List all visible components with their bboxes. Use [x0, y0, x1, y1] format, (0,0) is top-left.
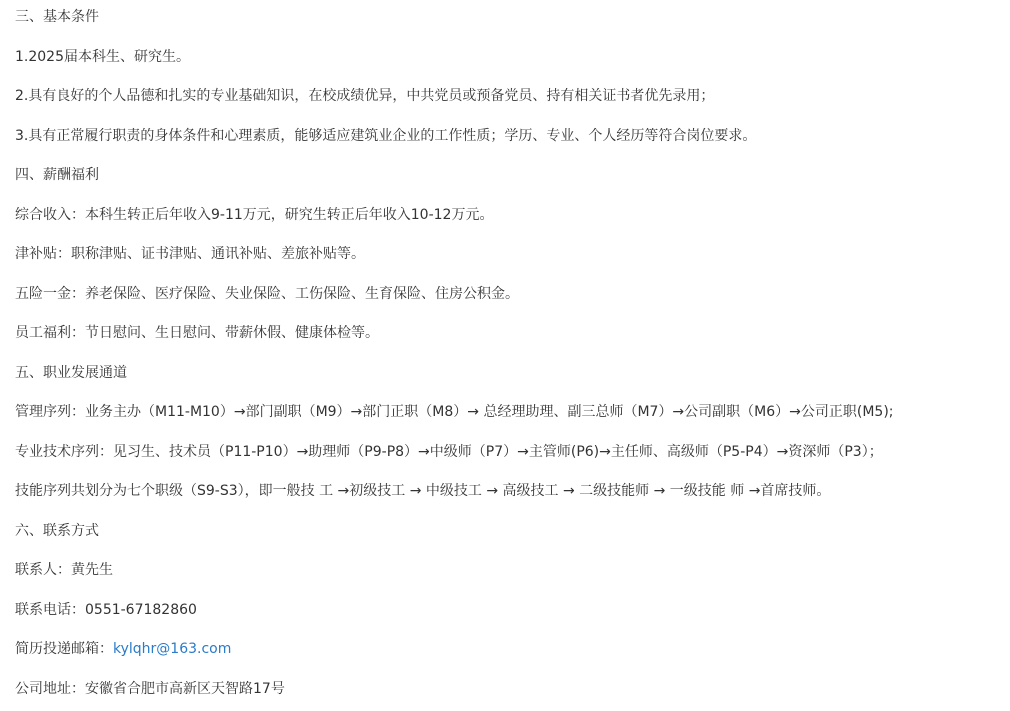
contact-person-value: 黄先生 — [71, 562, 113, 578]
contact-email-label: 简历投递邮箱： — [15, 641, 113, 657]
contact-address: 公司地址：安徽省合肥市高新区天智路17号 — [15, 678, 1010, 711]
contact-address-value: 安徽省合肥市高新区天智路17号 — [85, 681, 285, 697]
salary-income: 综合收入：本科生转正后年收入9-11万元，研究生转正后年收入10-12万元。 — [15, 204, 1010, 244]
basic-item-1: 1.2025届本科生、研究生。 — [15, 46, 1010, 86]
contact-phone-value: 0551-67182860 — [85, 602, 197, 618]
contact-address-label: 公司地址： — [15, 681, 85, 697]
section-heading-career: 五、职业发展通道 — [15, 362, 1010, 402]
document-body: 三、基本条件 1.2025届本科生、研究生。 2.具有良好的个人品德和扎实的专业… — [0, 0, 1010, 711]
email-link[interactable]: kylqhr@163.com — [113, 641, 231, 657]
contact-person-label: 联系人： — [15, 562, 71, 578]
contact-email: 简历投递邮箱：kylqhr@163.com — [15, 638, 1010, 678]
salary-benefits: 员工福利：节日慰问、生日慰问、带薪休假、健康体检等。 — [15, 322, 1010, 362]
basic-item-3: 3.具有正常履行职责的身体条件和心理素质，能够适应建筑业企业的工作性质；学历、专… — [15, 125, 1010, 165]
contact-person: 联系人：黄先生 — [15, 559, 1010, 599]
contact-phone: 联系电话：0551-67182860 — [15, 599, 1010, 639]
salary-insurance: 五险一金：养老保险、医疗保险、失业保险、工伤保险、生育保险、住房公积金。 — [15, 283, 1010, 323]
career-technical-track: 专业技术序列：见习生、技术员（P11-P10）→助理师（P9-P8）→中级师（P… — [15, 441, 1010, 481]
section-heading-basic: 三、基本条件 — [15, 6, 1010, 46]
career-management-track: 管理序列：业务主办（M11-M10）→部门副职（M9）→部门正职（M8）→ 总经… — [15, 401, 1010, 441]
basic-item-2: 2.具有良好的个人品德和扎实的专业基础知识，在校成绩优异，中共党员或预备党员、持… — [15, 85, 1010, 125]
contact-phone-label: 联系电话： — [15, 602, 85, 618]
section-heading-salary: 四、薪酬福利 — [15, 164, 1010, 204]
section-heading-contact: 六、联系方式 — [15, 520, 1010, 560]
salary-allowance: 津补贴：职称津贴、证书津贴、通讯补贴、差旅补贴等。 — [15, 243, 1010, 283]
career-skills-track: 技能序列共划分为七个职级（S9-S3），即一般技 工 →初级技工 → 中级技工 … — [15, 480, 1010, 520]
